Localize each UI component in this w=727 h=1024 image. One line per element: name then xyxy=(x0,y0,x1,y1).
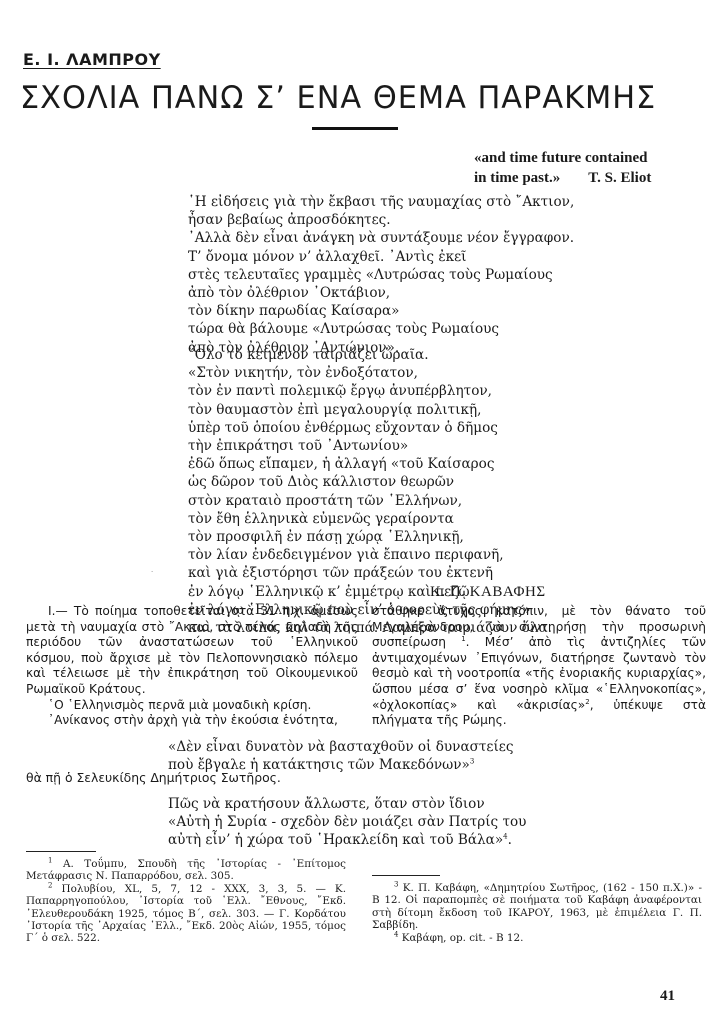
quote-punct: . xyxy=(508,832,512,848)
bridge-sentence: θὰ πῇ ὁ Σελευκίδης Δημήτριος Σωτῆρος. xyxy=(26,770,281,785)
poem-line: ἀπὸ τὸν ὀλέθριον ᾿Οκτάβιον, xyxy=(188,284,548,302)
poem-line: τὸν ἔθη ἑλληνικὰ εὐμενῶς γεραίροντα xyxy=(188,510,548,528)
poem-line: τὸν δίκην παρωδίας Καίσαρα» xyxy=(188,302,548,320)
poem-line: ὑπὲρ τοῦ ὁποίου ἐνθέρμως εὔχονταν ὁ δῆμο… xyxy=(188,419,548,437)
poem-signature: Κ. Π. ΚΑΒΑΦΗΣ xyxy=(430,584,546,601)
epigraph: «and time future contained in time past.… xyxy=(474,148,710,188)
commentary-paragraph: Ι.— Τὸ ποίημα τοποθετεῖται στὰ 31 π.χ. ἀ… xyxy=(26,604,358,698)
footnote-number: 4 xyxy=(394,930,398,938)
article-title: ΣΧΟΛΙΑ ΠΑΝΩ Σ’ ΕΝΑ ΘΕΜΑ ΠΑΡΑΚΜΗΣ xyxy=(20,80,656,116)
poem-line: ῾Η εἰδήσεις γιὰ τὴν ἔκβασι τῆς ναυμαχίας… xyxy=(188,193,548,211)
footnote: 3 Κ. Π. Καβάφη, «Δημητρίου Σωτῆρος, (162… xyxy=(372,882,702,932)
footnote-number: 2 xyxy=(48,881,52,889)
footnote-ref: 3 xyxy=(470,757,474,765)
epigraph-text: in time past.» xyxy=(474,170,560,186)
poem-line: τὸν ἐν παντὶ πολεμικῷ ἔργῳ ἀνυπέρβλητον, xyxy=(188,382,548,400)
footnotes-left: 1 Α. Τοΰμπυ, Σπουδὴ τῆς ᾿Ιστορίας - ᾿Επί… xyxy=(26,858,346,945)
poem-line: ἦσαν βεβαίως ἀπροσδόκητες. xyxy=(188,211,548,229)
commentary-right-column: στάθηκε ἄτυχος κατόπιν, μὲ τὸν θάνατο το… xyxy=(372,604,706,729)
poem-line: τὸν λίαν ἐνδεδειγμένον γιὰ ἔπαινο περιφα… xyxy=(188,546,548,564)
footnotes-right: 3 Κ. Π. Καβάφη, «Δημητρίου Σωτῆρος, (162… xyxy=(372,882,702,944)
footnote-divider xyxy=(372,875,440,876)
epigraph-attribution: T. S. Eliot xyxy=(588,170,651,186)
poem-stanza-1: ῾Η εἰδήσεις γιὰ τὴν ἔκβασι τῆς ναυμαχίας… xyxy=(188,193,548,357)
poem-line: στὸν κραταιὸ προστάτη τῶν ῾Ελλήνων, xyxy=(188,492,548,510)
print-speck: · xyxy=(151,568,153,576)
commentary-left-column: Ι.— Τὸ ποίημα τοποθετεῖται στὰ 31 π.χ. ἀ… xyxy=(26,604,358,729)
commentary-paragraph: ᾿Ανίκανος στὴν ἀρχὴ γιὰ τὴν ἑκούσια ἑνότ… xyxy=(26,713,358,729)
poem-line: τὸν προσφιλῆ ἐν πάσῃ χώρᾳ ῾Ελληνικῇ, xyxy=(188,528,548,546)
author-name: Ε. Ι. ΛΑΜΠΡΟΥ xyxy=(23,50,161,69)
footnote: 4 Καβάφη, op. cit. - Β 12. xyxy=(372,932,702,944)
quote-line: «Δὲν εἶναι δυνατὸν νὰ βασταχθοῦν οἱ δυνα… xyxy=(168,738,568,756)
footnote-text: Καβάφη, op. cit. - Β 12. xyxy=(402,932,524,944)
footnote-number: 3 xyxy=(394,881,398,889)
quote-line: αὐτὴ εἶν’ ἡ χώρα τοῦ ῾Ηρακλείδη καὶ τοῦ … xyxy=(168,831,568,849)
poem-line: στὲς τελευταῖες γραμμὲς «Λυτρώσας τοὺς Ρ… xyxy=(188,266,548,284)
poem-line: Τ’ ὄνομα μόνον ν’ ἀλλαχθεῖ. ᾿Αντὶς ἐκεῖ xyxy=(188,248,548,266)
footnote-number: 1 xyxy=(48,857,52,865)
poem-line: καὶ γιὰ ἐξιστόρησι τῶν πράξεών του ἐκτεν… xyxy=(188,564,548,582)
footnote-divider xyxy=(26,851,96,852)
quote-text: αὐτὴ εἶν’ ἡ χώρα τοῦ ῾Ηρακλείδη καὶ τοῦ … xyxy=(168,832,503,848)
poem-line: τὸν θαυμαστὸν ἐπὶ μεγαλουργίᾳ πολιτικῇ, xyxy=(188,401,548,419)
poem-line: ἐδῶ ὅπως εἴπαμεν, ἡ ἀλλαγή «τοῦ Καίσαρος xyxy=(188,455,548,473)
footnote-text: Πολυβίου, XL, 5, 7, 12 - XXX, 3, 3, 5. —… xyxy=(26,883,346,945)
footnote: 1 Α. Τοΰμπυ, Σπουδὴ τῆς ᾿Ιστορίας - ᾿Επί… xyxy=(26,858,346,883)
poem-line: ῞Ολο τὸ κείμενον ταιριάζει ὡραῖα. xyxy=(188,346,548,364)
block-quote-1: «Δὲν εἶναι δυνατὸν νὰ βασταχθοῦν οἱ δυνα… xyxy=(168,738,568,774)
poem-line: τώρα θὰ βάλουμε «Λυτρώσας τοὺς Ρωμαίους xyxy=(188,320,548,338)
title-rule-divider xyxy=(312,127,398,130)
epigraph-line: in time past.»T. S. Eliot xyxy=(474,168,710,188)
footnote-text: Α. Τοΰμπυ, Σπουδὴ τῆς ᾿Ιστορίας - ᾿Επίτο… xyxy=(26,858,346,882)
epigraph-line: «and time future contained xyxy=(474,148,710,168)
poem-line: τὴν ἐπικράτησι τοῦ ᾿Αντωνίου» xyxy=(188,437,548,455)
poem-line: ᾿Αλλὰ δὲν εἶναι ἀνάγκη νὰ συντάξουμε νέο… xyxy=(188,229,548,247)
quote-line: «Αὐτὴ ἡ Συρία - σχεδὸν δὲν μοιάζει σὰν Π… xyxy=(168,813,568,831)
commentary-paragraph: ῾Ο ῾Ελληνισμὸς περνᾶ μιὰ μοναδικὴ κρίση. xyxy=(26,698,358,714)
footnote-text: Κ. Π. Καβάφη, «Δημητρίου Σωτῆρος, (162 -… xyxy=(372,882,702,931)
block-quote-2: Πῶς νὰ κρατήσουν ἄλλωστε, ὅταν στὸν ἴδιο… xyxy=(168,795,568,849)
poem-line: «Στὸν νικητήν, τὸν ἐνδοξότατον, xyxy=(188,364,548,382)
commentary-paragraph: στάθηκε ἄτυχος κατόπιν, μὲ τὸν θάνατο το… xyxy=(372,604,706,729)
footnote: 2 Πολυβίου, XL, 5, 7, 12 - XXX, 3, 3, 5.… xyxy=(26,883,346,945)
quote-line: Πῶς νὰ κρατήσουν ἄλλωστε, ὅταν στὸν ἴδιο… xyxy=(168,795,568,813)
page-number: 41 xyxy=(660,988,675,1005)
poem-line: ὡς δῶρον τοῦ Διὸς κάλλιστον θεωρῶν xyxy=(188,473,548,491)
